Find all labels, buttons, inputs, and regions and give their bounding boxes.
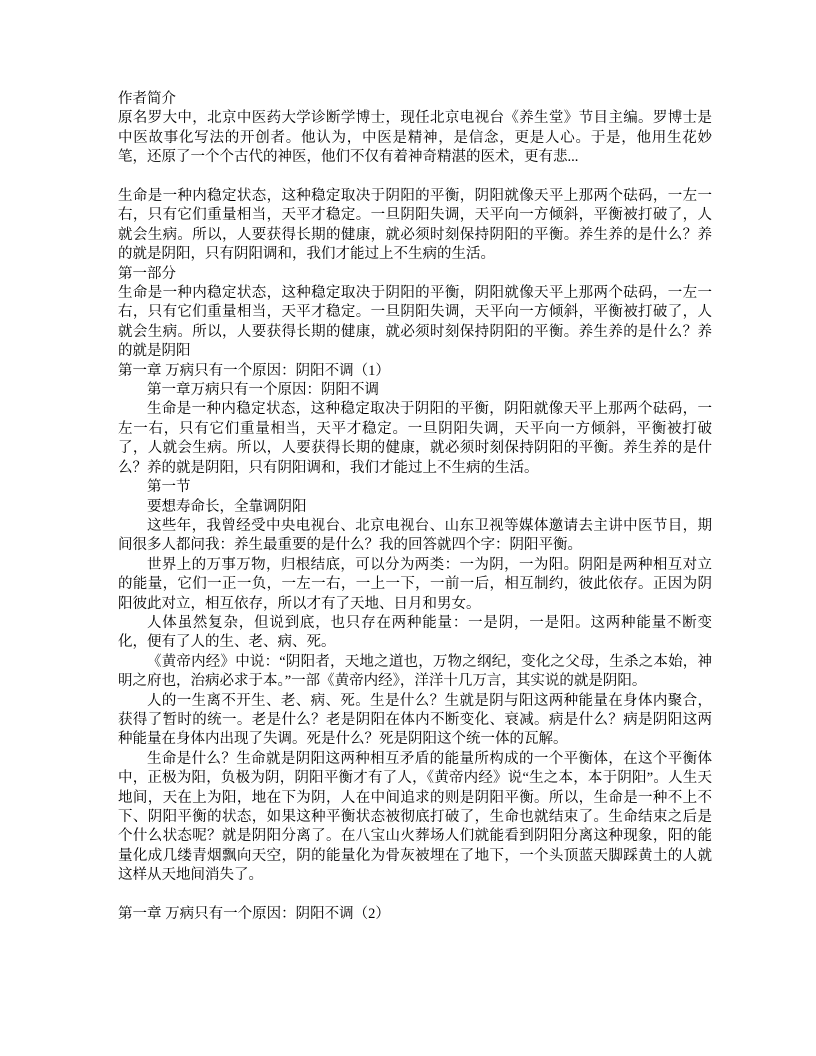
chapter-one-heading: 第一章 万病只有一个原因：阴阳不调（1） (118, 362, 712, 381)
chapter-paragraph: 生命是一种内稳定状态，这种稳定取决于阴阳的平衡，阴阳就像天平上那两个砝码，一左一… (118, 400, 712, 478)
author-intro-heading: 作者简介 (118, 90, 712, 109)
section-number: 第一节 (118, 478, 712, 497)
chapter-paragraph: 《黄帝内经》中说：“阴阳者，天地之道也，万物之纲纪，变化之父母，生杀之本始，神明… (118, 653, 712, 692)
part-one-heading: 第一部分 (118, 265, 712, 284)
part-one-summary: 生命是一种内稳定状态，这种稳定取决于阴阳的平衡，阴阳就像天平上那两个砝码，一左一… (118, 284, 712, 362)
life-balance-summary: 生命是一种内稳定状态，这种稳定取决于阴阳的平衡，阴阳就像天平上那两个砝码，一左一… (118, 187, 712, 265)
chapter-one-part2-heading: 第一章 万病只有一个原因：阴阳不调（2） (118, 905, 712, 924)
author-bio: 原名罗大中，北京中医药大学诊断学博士，现任北京电视台《养生堂》节目主编。罗博士是… (118, 109, 712, 167)
document-page: 作者简介 原名罗大中，北京中医药大学诊断学博士，现任北京电视台《养生堂》节目主编… (118, 90, 712, 924)
section-title: 要想寿命长，全靠调阴阳 (118, 498, 712, 517)
chapter-one-body: 第一章万病只有一个原因：阴阳不调 生命是一种内稳定状态，这种稳定取决于阴阳的平衡… (118, 381, 712, 886)
author-intro-block: 作者简介 原名罗大中，北京中医药大学诊断学博士，现任北京电视台《养生堂》节目主编… (118, 90, 712, 168)
chapter-paragraph: 人的一生离不开生、老、病、死。生是什么？生就是阴与阳这两种能量在身体内聚合，获得… (118, 692, 712, 750)
chapter-paragraph: 世界上的万事万物，归根结底，可以分为两类：一为阴，一为阳。阴阳是两种相互对立的能… (118, 556, 712, 614)
chapter-paragraph: 生命是什么？生命就是阴阳这两种相互矛盾的能量所构成的一个平衡体，在这个平衡体中，… (118, 750, 712, 886)
chapter-inner-title: 第一章万病只有一个原因：阴阳不调 (118, 381, 712, 400)
chapter-paragraph: 人体虽然复杂，但说到底，也只存在两种能量：一是阴，一是阳。这两种能量不断变化，便… (118, 614, 712, 653)
chapter-paragraph: 这些年，我曾经受中央电视台、北京电视台、山东卫视等媒体邀请去主讲中医节目，期间很… (118, 517, 712, 556)
